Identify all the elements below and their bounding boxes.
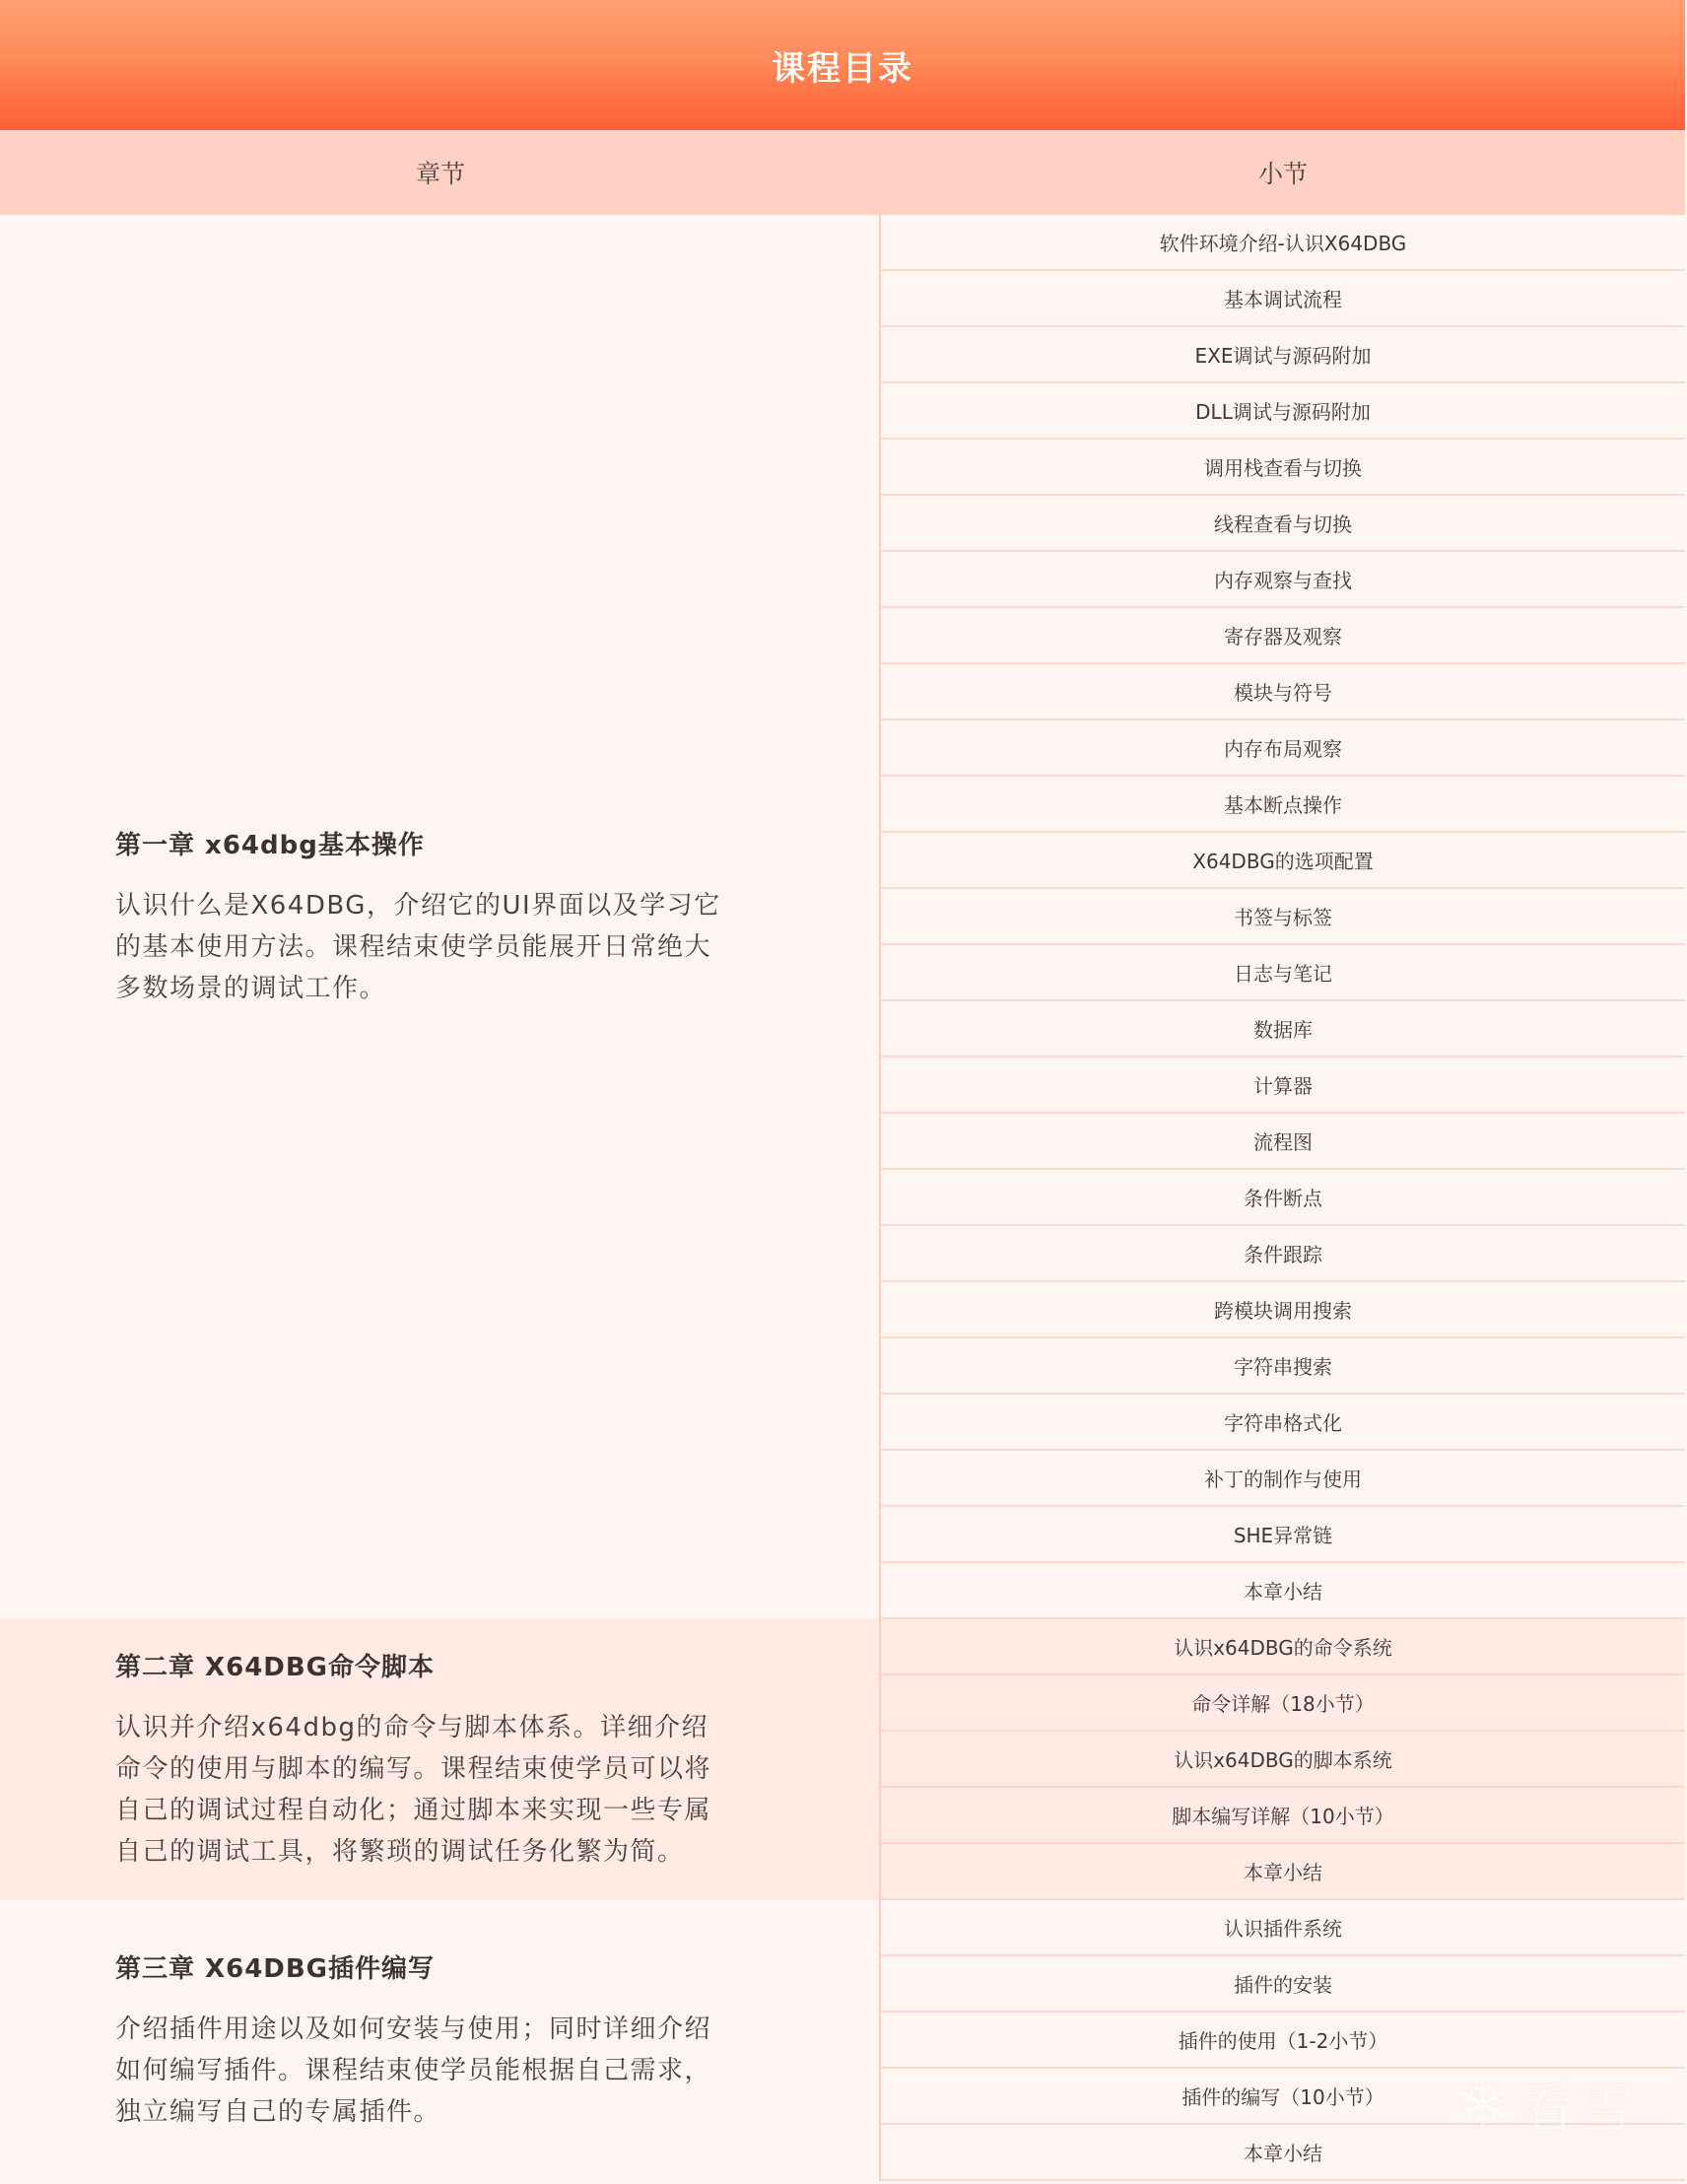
section-item: 书签与标签 xyxy=(881,889,1685,945)
section-list: 认识x64DBG的命令系统 命令详解（18小节） 认识x64DBG的脚本系统 脚… xyxy=(881,1619,1685,1900)
section-list: 认识插件系统 插件的安装 插件的使用（1-2小节） 插件的编写（10小节） 本章… xyxy=(881,1900,1685,2181)
section-item: 补丁的制作与使用 xyxy=(881,1451,1685,1507)
section-item: 命令详解（18小节） xyxy=(881,1675,1685,1732)
chapter-row-1: 第一章 x64dbg基本操作 认识什么是X64DBG，介绍它的UI界面以及学习它… xyxy=(0,215,1685,1619)
section-item: 认识插件系统 xyxy=(881,1900,1685,1956)
column-header-section: 小节 xyxy=(881,130,1685,215)
section-item: 本章小结 xyxy=(881,1844,1685,1900)
chapter-row-3: 第三章 X64DBG插件编写 介绍插件用途以及如何安装与使用；同时详细介绍如何编… xyxy=(0,1900,1685,2181)
section-item: 认识x64DBG的脚本系统 xyxy=(881,1732,1685,1788)
section-item: 寄存器及观察 xyxy=(881,608,1685,664)
section-item: 脚本编写详解（10小节） xyxy=(881,1788,1685,1844)
section-item: 认识x64DBG的命令系统 xyxy=(881,1619,1685,1675)
section-item: 插件的使用（1-2小节） xyxy=(881,2013,1685,2069)
section-item: 插件的安装 xyxy=(881,1956,1685,2013)
section-item: 模块与符号 xyxy=(881,664,1685,720)
section-item: 插件的编写（10小节） xyxy=(881,2069,1685,2125)
catalog-banner: 课程目录 xyxy=(0,0,1685,130)
chapter-info: 第三章 X64DBG插件编写 介绍插件用途以及如何安装与使用；同时详细介绍如何编… xyxy=(0,1900,881,2181)
section-item: 日志与笔记 xyxy=(881,945,1685,1001)
table-header: 章节 小节 xyxy=(0,130,1685,215)
chapter-row-2: 第二章 X64DBG命令脚本 认识并介绍x64dbg的命令与脚本体系。详细介绍命… xyxy=(0,1619,1685,1900)
section-item: 基本断点操作 xyxy=(881,777,1685,833)
section-item: 条件断点 xyxy=(881,1170,1685,1226)
chapter-description: 认识什么是X64DBG，介绍它的UI界面以及学习它的基本使用方法。课程结束使学员… xyxy=(115,885,731,1009)
section-item: 本章小结 xyxy=(881,2125,1685,2181)
section-item: 字符串搜索 xyxy=(881,1338,1685,1395)
column-header-chapter: 章节 xyxy=(0,130,881,215)
chapter-title: 第三章 X64DBG插件编写 xyxy=(115,1948,731,1985)
section-item: 条件跟踪 xyxy=(881,1226,1685,1282)
chapter-info: 第一章 x64dbg基本操作 认识什么是X64DBG，介绍它的UI界面以及学习它… xyxy=(0,215,881,1619)
course-table: 第一章 x64dbg基本操作 认识什么是X64DBG，介绍它的UI界面以及学习它… xyxy=(0,215,1685,2181)
section-item: 调用栈查看与切换 xyxy=(881,440,1685,496)
section-item: EXE调试与源码附加 xyxy=(881,327,1685,383)
section-item: SHE异常链 xyxy=(881,1507,1685,1563)
section-item: 内存观察与查找 xyxy=(881,552,1685,608)
section-item: 内存布局观察 xyxy=(881,720,1685,777)
chapter-title: 第一章 x64dbg基本操作 xyxy=(115,825,731,861)
chapter-description: 介绍插件用途以及如何安装与使用；同时详细介绍如何编写插件。课程结束使学员能根据自… xyxy=(115,2009,731,2133)
section-item: DLL调试与源码附加 xyxy=(881,383,1685,440)
chapter-info: 第二章 X64DBG命令脚本 认识并介绍x64dbg的命令与脚本体系。详细介绍命… xyxy=(0,1619,881,1900)
section-item: 跨模块调用搜索 xyxy=(881,1282,1685,1338)
section-item: 字符串格式化 xyxy=(881,1395,1685,1451)
section-item: 计算器 xyxy=(881,1058,1685,1114)
chapter-title: 第二章 X64DBG命令脚本 xyxy=(115,1647,731,1683)
section-item: X64DBG的选项配置 xyxy=(881,833,1685,889)
section-item: 线程查看与切换 xyxy=(881,496,1685,552)
section-item: 基本调试流程 xyxy=(881,271,1685,327)
section-item: 本章小结 xyxy=(881,1563,1685,1619)
section-item: 软件环境介绍-认识X64DBG xyxy=(881,215,1685,271)
section-list: 软件环境介绍-认识X64DBG 基本调试流程 EXE调试与源码附加 DLL调试与… xyxy=(881,215,1685,1619)
section-item: 数据库 xyxy=(881,1001,1685,1058)
page-title: 课程目录 xyxy=(772,41,913,90)
chapter-description: 认识并介绍x64dbg的命令与脚本体系。详细介绍命令的使用与脚本的编写。课程结束… xyxy=(115,1707,731,1873)
section-item: 流程图 xyxy=(881,1114,1685,1170)
